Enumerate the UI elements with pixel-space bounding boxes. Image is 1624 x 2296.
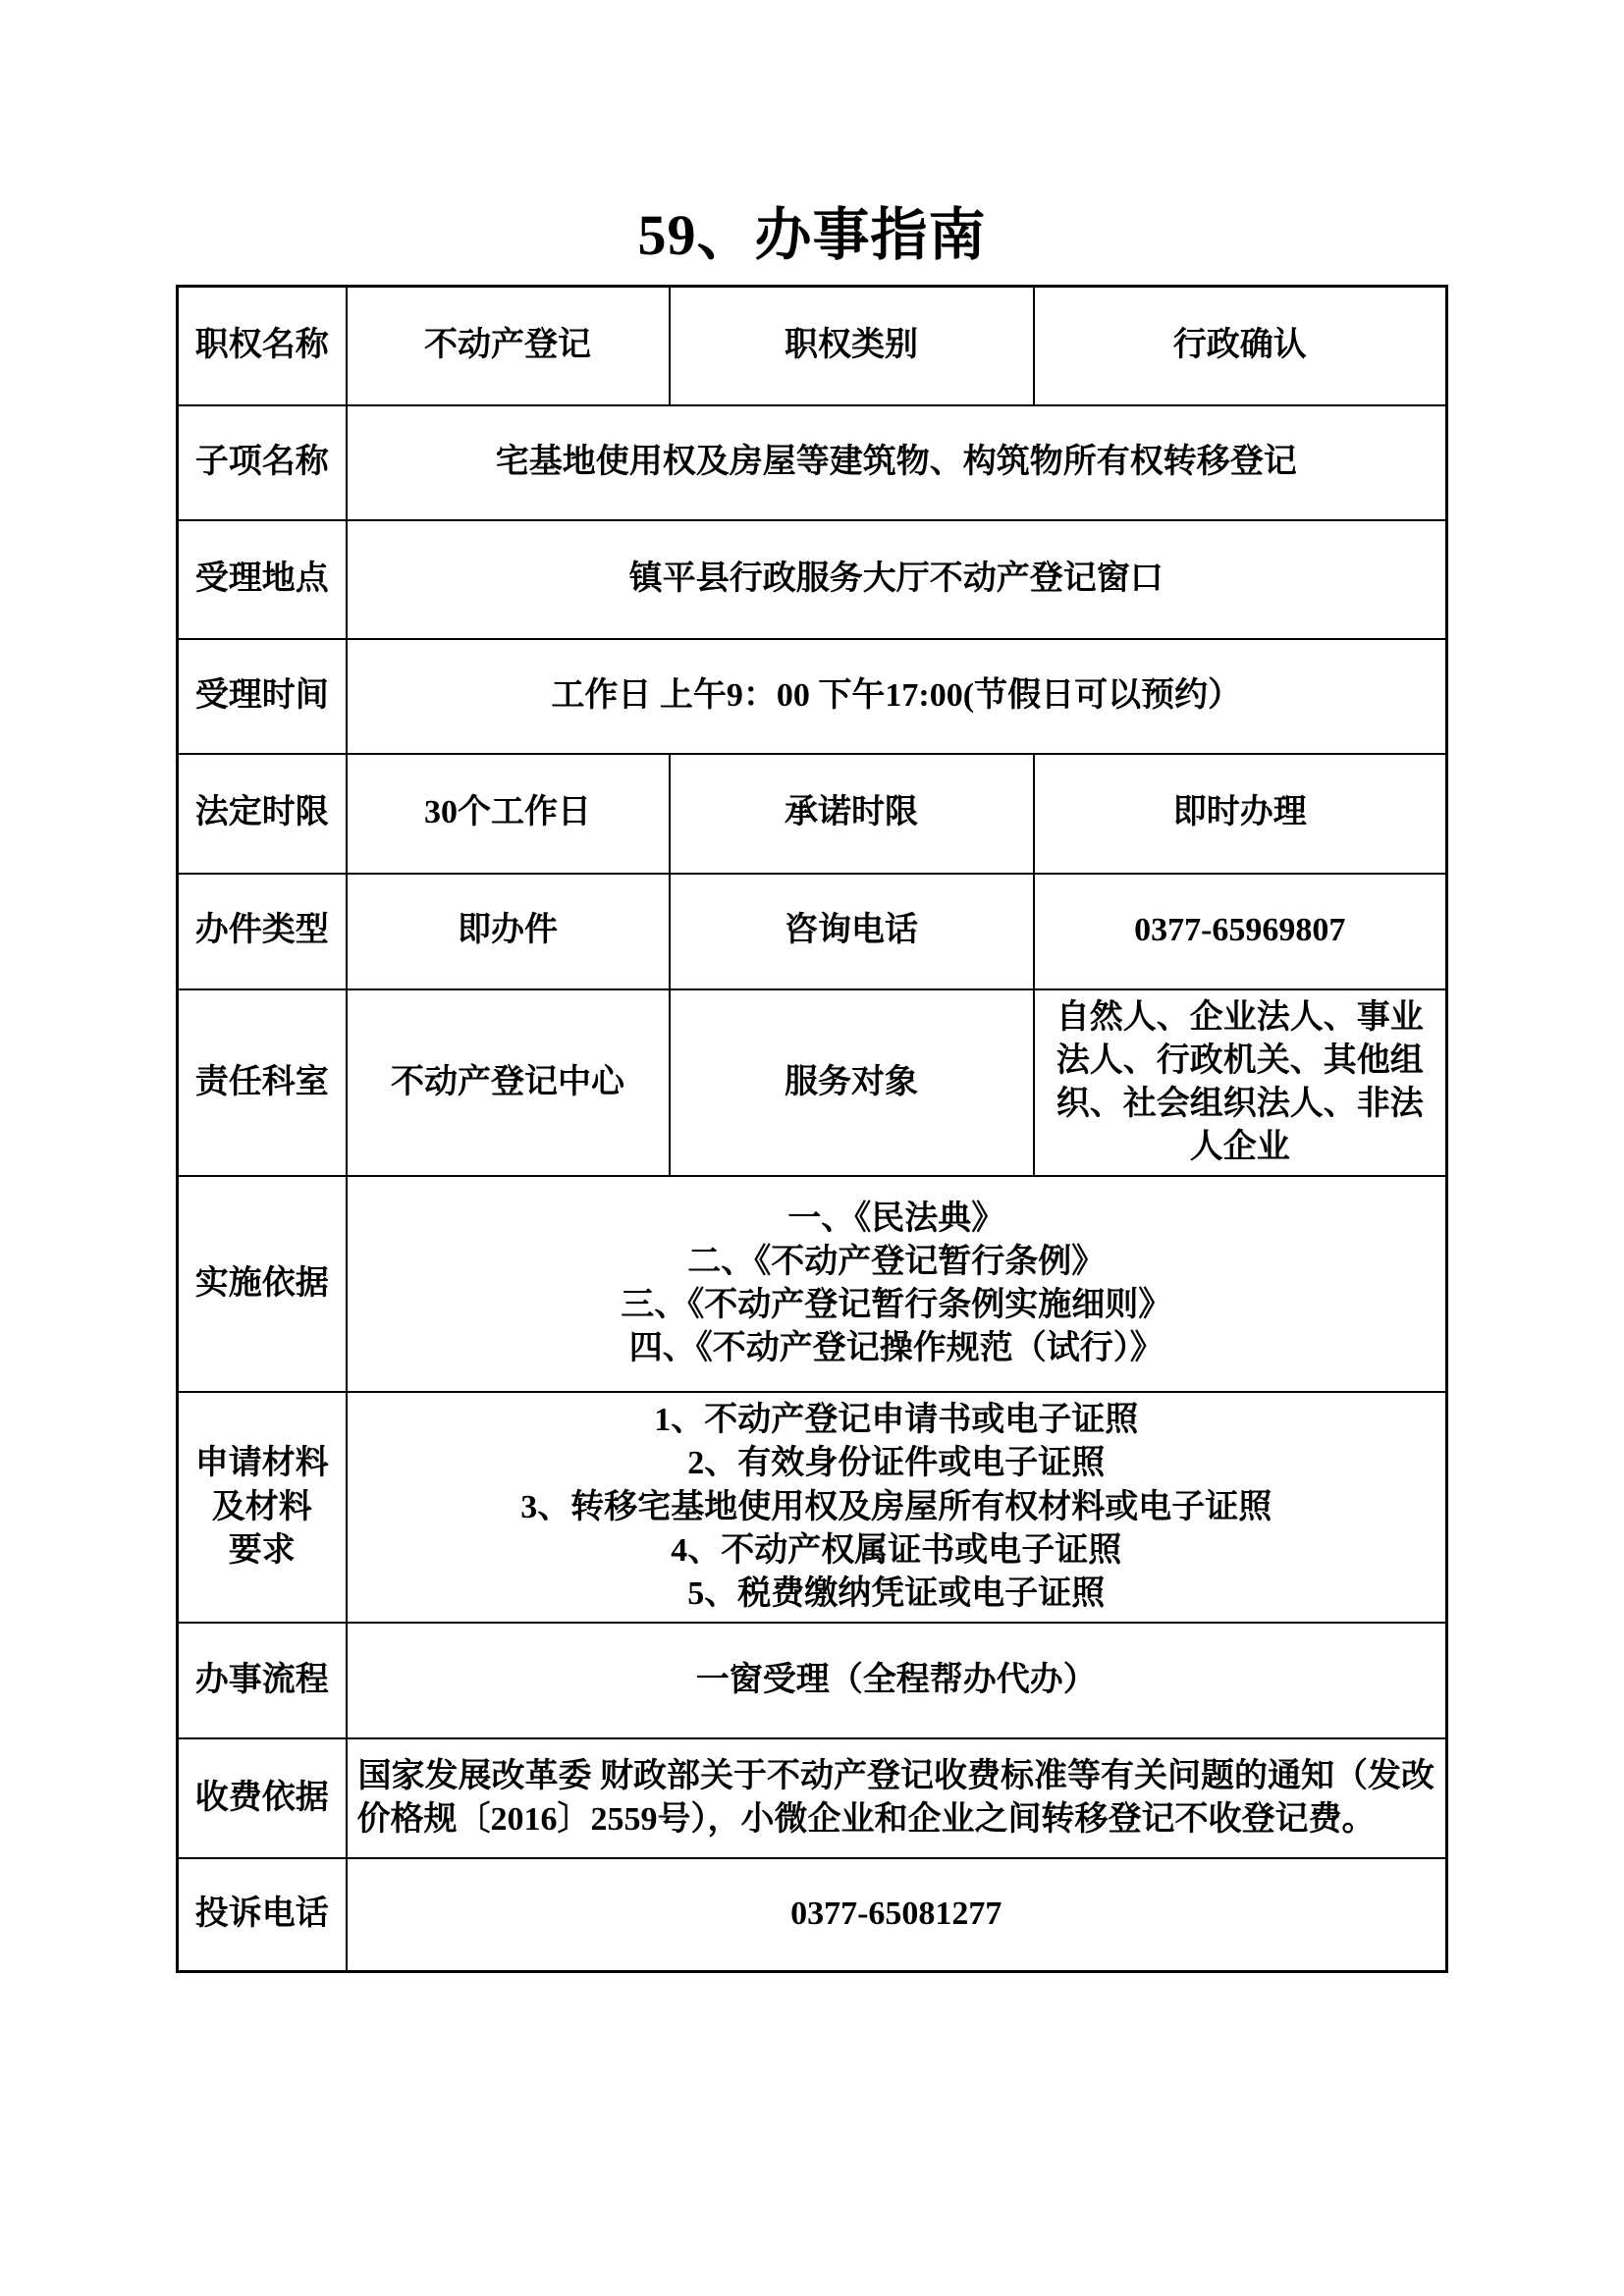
service-guide-table: 职权名称 不动产登记 职权类别 行政确认 子项名称 宅基地使用权及房屋等建筑物、… [176, 285, 1448, 1973]
value-service-target: 自然人、企业法人、事业法人、行政机关、其他组织、社会组织法人、非法人企业 [1034, 989, 1447, 1177]
value-acceptance-time: 工作日 上午9：00 下午17:00(节假日可以预约） [347, 639, 1447, 754]
label-authority-name: 职权名称 [178, 287, 347, 405]
basis-item: 一、《民法典》 [357, 1198, 1436, 1241]
table-row-acceptance-place: 受理地点 镇平县行政服务大厅不动产登记窗口 [178, 520, 1447, 639]
table-row-acceptance-time: 受理时间 工作日 上午9：00 下午17:00(节假日可以预约） [178, 639, 1447, 754]
label-implementation-basis: 实施依据 [178, 1176, 347, 1392]
table-row-complaint-phone: 投诉电话 0377-65081277 [178, 1858, 1447, 1971]
label-line: 要求 [189, 1529, 336, 1573]
basis-item: 二、《不动产登记暂行条例》 [357, 1241, 1436, 1284]
value-acceptance-place: 镇平县行政服务大厅不动产登记窗口 [347, 520, 1447, 639]
value-consult-phone: 0377-65969807 [1034, 874, 1447, 989]
basis-item: 四、《不动产登记操作规范（试行）》 [357, 1327, 1436, 1370]
label-line: 申请材料 [189, 1442, 336, 1485]
value-implementation-basis: 一、《民法典》 二、《不动产登记暂行条例》 三、《不动产登记暂行条例实施细则》 … [347, 1176, 1447, 1392]
table-row-process: 办事流程 一窗受理（全程帮办代办） [178, 1623, 1447, 1738]
value-fee-basis: 国家发展改革委 财政部关于不动产登记收费标准等有关问题的通知（发改价格规〔201… [347, 1738, 1447, 1858]
value-complaint-phone: 0377-65081277 [347, 1858, 1447, 1971]
material-item: 5、税费缴纳凭证或电子证照 [357, 1573, 1436, 1616]
material-item: 4、不动产权属证书或电子证照 [357, 1529, 1436, 1573]
label-fee-basis: 收费依据 [178, 1738, 347, 1858]
table-row-responsible-office: 责任科室 不动产登记中心 服务对象 自然人、企业法人、事业法人、行政机关、其他组… [178, 989, 1447, 1177]
material-item: 3、转移宅基地使用权及房屋所有权材料或电子证照 [357, 1486, 1436, 1529]
label-subitem-name: 子项名称 [178, 405, 347, 520]
label-responsible-office: 责任科室 [178, 989, 347, 1177]
label-service-target: 服务对象 [670, 989, 1034, 1177]
label-acceptance-place: 受理地点 [178, 520, 347, 639]
label-acceptance-time: 受理时间 [178, 639, 347, 754]
value-promised-limit: 即时办理 [1034, 754, 1447, 874]
table-row-authority-name: 职权名称 不动产登记 职权类别 行政确认 [178, 287, 1447, 405]
page-title: 59、办事指南 [0, 188, 1624, 271]
material-item: 2、有效身份证件或电子证照 [357, 1442, 1436, 1485]
value-process: 一窗受理（全程帮办代办） [347, 1623, 1447, 1738]
table-row-statutory-limit: 法定时限 30个工作日 承诺时限 即时办理 [178, 754, 1447, 874]
value-case-type: 即办件 [347, 874, 670, 989]
label-process: 办事流程 [178, 1623, 347, 1738]
table-row-application-materials: 申请材料 及材料 要求 1、不动产登记申请书或电子证照 2、有效身份证件或电子证… [178, 1392, 1447, 1623]
label-authority-type: 职权类别 [670, 287, 1034, 405]
value-statutory-limit: 30个工作日 [347, 754, 670, 874]
label-line: 及材料 [189, 1486, 336, 1529]
value-application-materials: 1、不动产登记申请书或电子证照 2、有效身份证件或电子证照 3、转移宅基地使用权… [347, 1392, 1447, 1623]
value-responsible-office: 不动产登记中心 [347, 989, 670, 1177]
label-promised-limit: 承诺时限 [670, 754, 1034, 874]
table-row-case-type: 办件类型 即办件 咨询电话 0377-65969807 [178, 874, 1447, 989]
basis-item: 三、《不动产登记暂行条例实施细则》 [357, 1284, 1436, 1327]
label-statutory-limit: 法定时限 [178, 754, 347, 874]
value-subitem-name: 宅基地使用权及房屋等建筑物、构筑物所有权转移登记 [347, 405, 1447, 520]
label-application-materials: 申请材料 及材料 要求 [178, 1392, 347, 1623]
material-item: 1、不动产登记申请书或电子证照 [357, 1399, 1436, 1442]
value-authority-name: 不动产登记 [347, 287, 670, 405]
label-case-type: 办件类型 [178, 874, 347, 989]
value-authority-type: 行政确认 [1034, 287, 1447, 405]
table-row-fee-basis: 收费依据 国家发展改革委 财政部关于不动产登记收费标准等有关问题的通知（发改价格… [178, 1738, 1447, 1858]
table-row-implementation-basis: 实施依据 一、《民法典》 二、《不动产登记暂行条例》 三、《不动产登记暂行条例实… [178, 1176, 1447, 1392]
label-complaint-phone: 投诉电话 [178, 1858, 347, 1971]
table-row-subitem-name: 子项名称 宅基地使用权及房屋等建筑物、构筑物所有权转移登记 [178, 405, 1447, 520]
document-page: 59、办事指南 职权名称 不动产登记 职权类别 行政确认 子项名称 宅基地使用权… [0, 0, 1624, 1973]
label-consult-phone: 咨询电话 [670, 874, 1034, 989]
